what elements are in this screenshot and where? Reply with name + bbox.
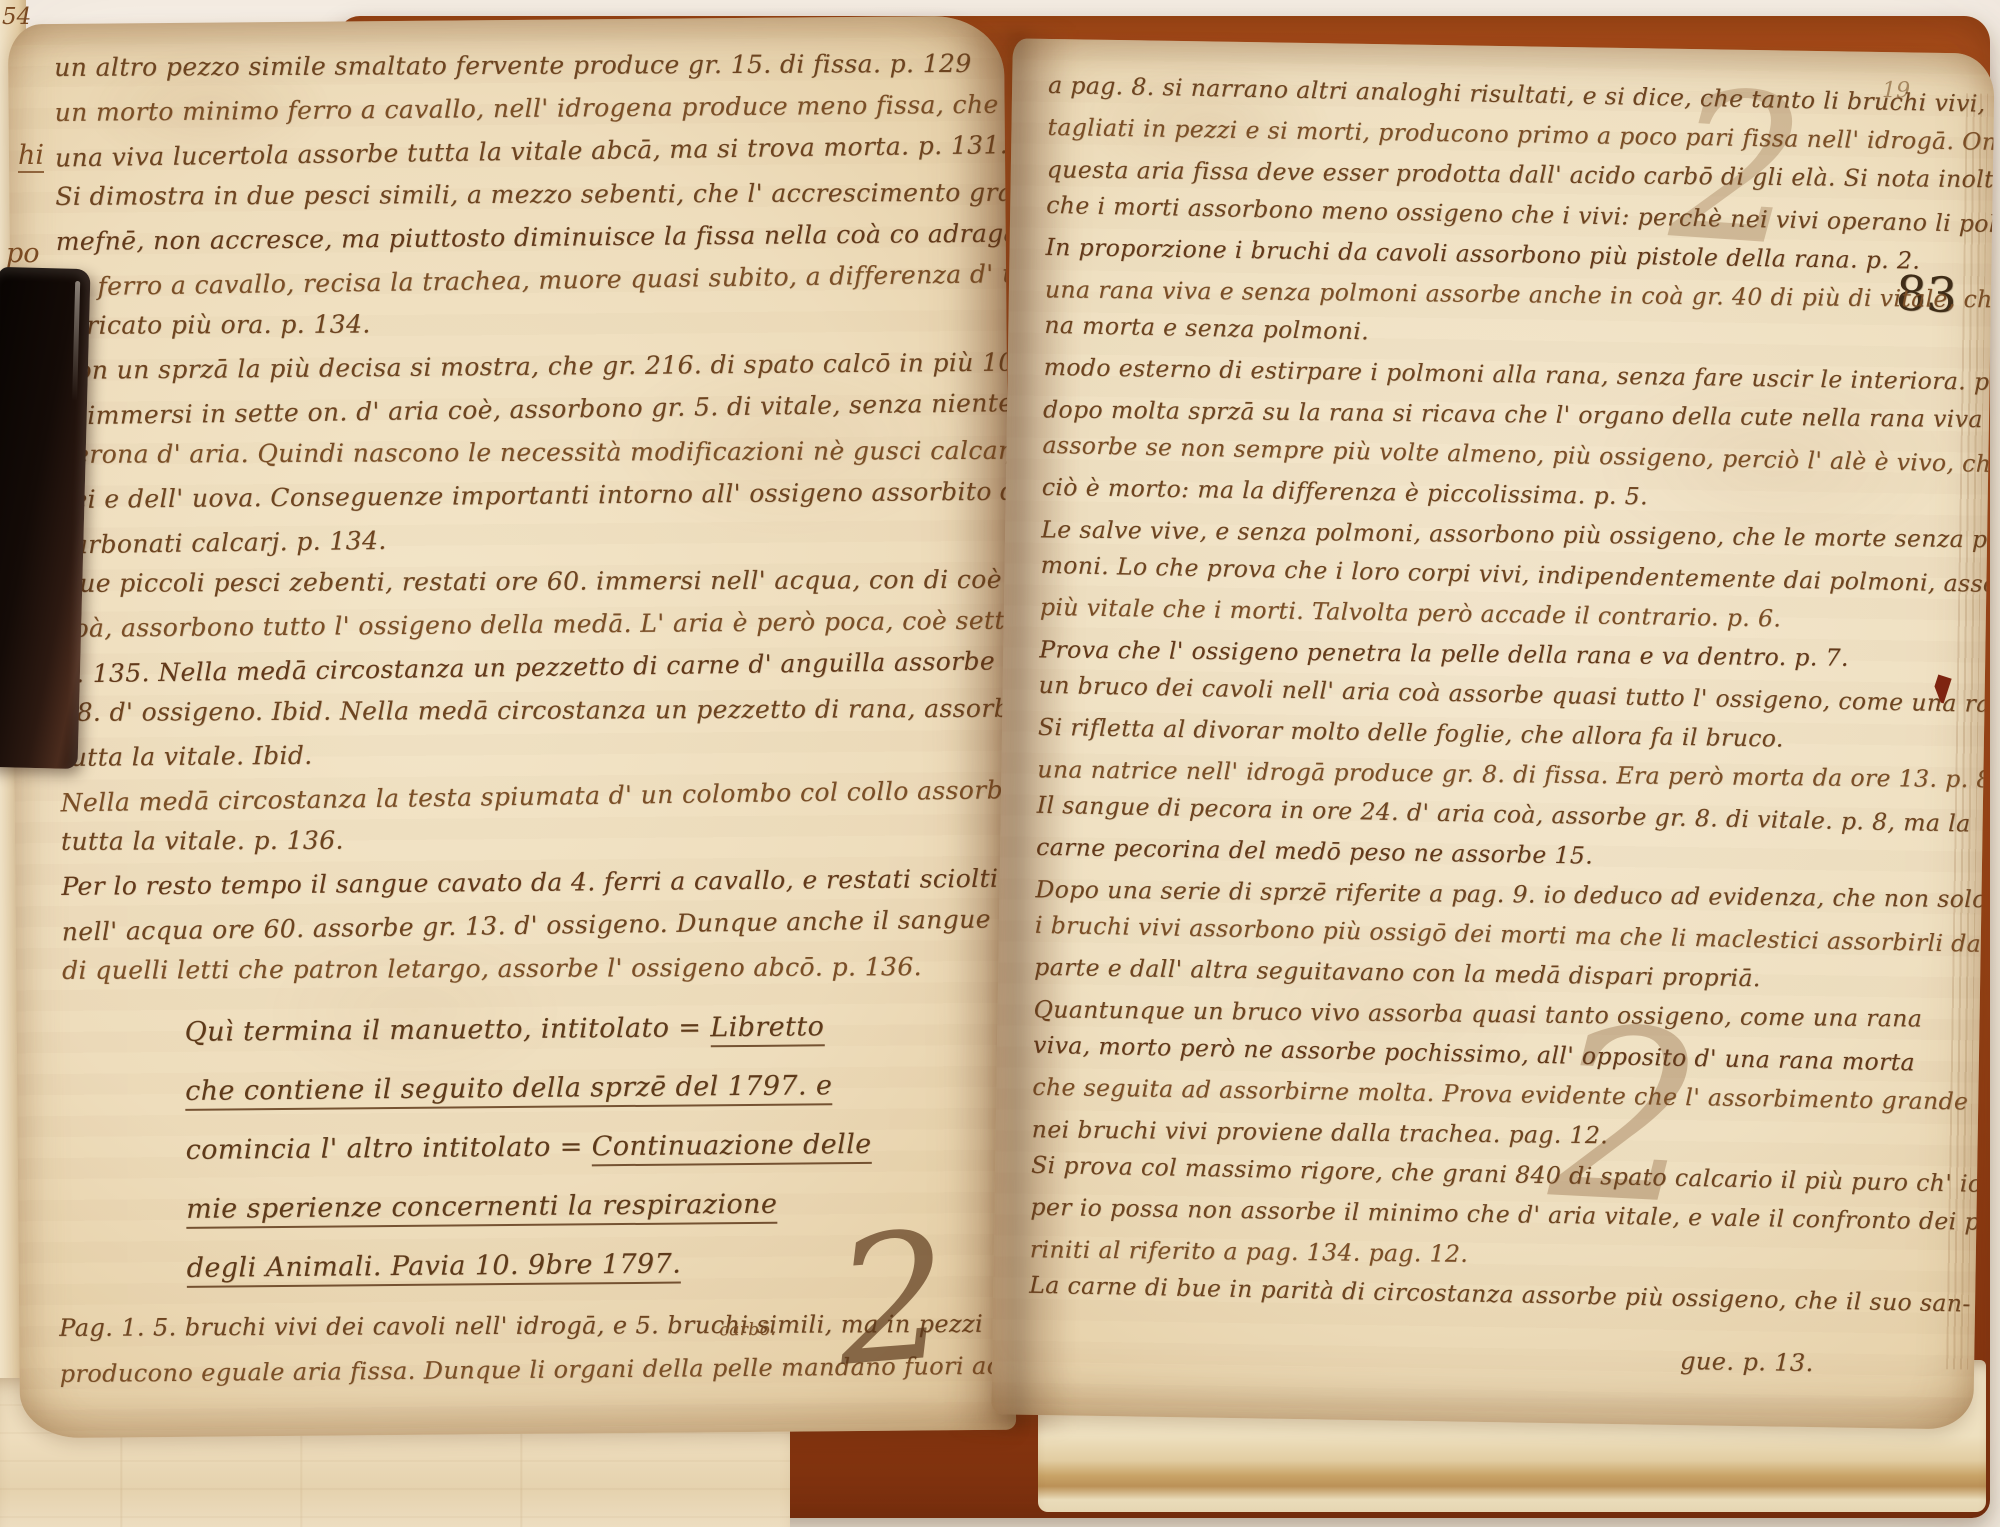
margin-fragments: 54hipoqʒ [0,0,60,300]
left-page: un altro pezzo simile smaltato fervente … [8,16,1016,1439]
colophon-text: degli Animali. Pavia 10. 9bre 1797. [187,1249,682,1288]
handwritten-line: producono eguale aria fissa. Dunque li o… [59,1344,1009,1396]
handwritten-line: caricato più ora. p. 134. [56,300,1002,347]
handwritten-line: un altro pezzo simile smaltato fervente … [54,42,1000,89]
colophon-text: mie sperienze concernenti la respirazion… [186,1189,777,1229]
photo-backdrop: un altro pezzo simile smaltato fervente … [0,0,2000,1527]
colophon-line: che contiene il seguito della sprzē del … [185,1056,871,1121]
handwritten-line: Due piccoli pesci zebenti, restati ore 6… [59,558,1005,605]
handwritten-line: tutta la vitale. p. 136. [61,816,1007,863]
margin-fragment: po [6,238,40,269]
handwritten-line: di quelli letti che patron letargo, asso… [62,945,1008,992]
left-page-index-text: Pag. 1. 5. bruchi vivi dei cavoli nell' … [59,1300,1010,1396]
right-page-text: a pag. 8. si narrano altri analoghi risu… [1029,67,1984,1322]
handwritten-line: , 8. d' ossigeno. Ibid. Nella medā circo… [60,687,1006,734]
colophon-line: comincia l' altro intitolato = Continuaz… [185,1115,871,1180]
colophon: Quì termina il manuetto, intitolato = Li… [184,997,872,1298]
margin-fragment: hi [18,140,44,173]
right-page: 19 83 2 2 a pag. 8. si narrano altri ana… [991,38,1994,1429]
colophon-text: Quì termina il manuetto, intitolato = [185,1012,711,1048]
handwritten-line: nerona d' aria. Quindi nascono le necess… [58,429,1004,476]
left-clasp [0,267,91,769]
colophon-title: Continuazione delle [592,1129,872,1166]
colophon-line: Quì termina il manuetto, intitolato = Li… [184,997,870,1062]
colophon-text: comincia l' altro intitolato = [186,1131,592,1166]
margin-fragment: 54 [2,4,31,30]
colophon-text: che contiene il seguito della sprzē del … [185,1070,832,1111]
colophon-line: mie sperienze concernenti la respirazion… [186,1174,872,1239]
footer-note: carbō. [719,1320,776,1340]
handwritten-line: Pag. 1. 5. bruchi vivi dei cavoli nell' … [59,1302,1009,1350]
left-page-text: un altro pezzo simile smaltato fervente … [54,40,1008,994]
colophon-title: Libretto [710,1011,824,1047]
colophon-line: degli Animali. Pavia 10. 9bre 1797. [186,1233,872,1298]
handwritten-line: gue. p. 13. [1680,1347,1814,1377]
handwritten-line: Si dimostra in due pesci simili, a mezzo… [55,171,1001,218]
